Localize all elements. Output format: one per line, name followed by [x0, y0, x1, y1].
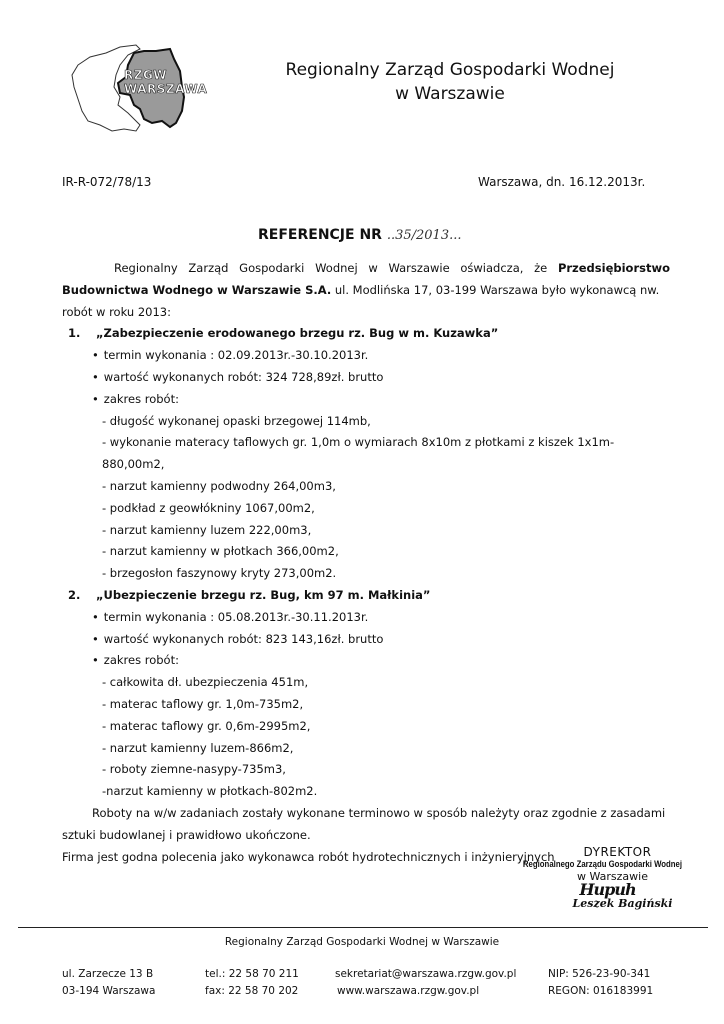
- work-item-1-scope-label: zakres robót:: [62, 389, 670, 411]
- intro-line-3: robót w roku 2013:: [62, 302, 670, 324]
- document-body: Regionalny Zarząd Gospodarki Wodnej w Wa…: [62, 258, 670, 868]
- document-reference-number: IR-R-072/78/13: [62, 175, 151, 189]
- footer-website-link[interactable]: www.warszawa.rzgw.gov.pl: [335, 983, 516, 1000]
- document-title: REFERENCJE NR ..35/2013...: [258, 227, 462, 243]
- footer-registry: NIP: 526-23-90-341 REGON: 016183991: [548, 966, 653, 1000]
- title-label: REFERENCJE NR: [258, 227, 387, 243]
- company-name-part2: Budownictwa Wodnego w Warszawie S.A.: [62, 283, 331, 297]
- work-item-2-scope-label: zakres robót:: [62, 650, 670, 672]
- intro-line-1: Regionalny Zarząd Gospodarki Wodnej w Wa…: [62, 258, 670, 280]
- signature-organization: Regionalnego Zarządu Gospodarki Wodnej: [523, 859, 683, 870]
- company-name-part1: Przedsiębiorstwo: [558, 258, 670, 280]
- handwritten-reference-number: ..35/2013...: [387, 228, 462, 243]
- place-and-date: Warszawa, dn. 16.12.2013r.: [478, 175, 645, 189]
- closing-line-2: sztuki budowlanej i prawidłowo ukończone…: [62, 825, 670, 847]
- scope-line: - materac taflowy gr. 0,6m-2995m2,: [62, 716, 670, 738]
- work-item-1-value: wartość wykonanych robót: 324 728,89zł. …: [62, 367, 670, 389]
- footer-divider: [18, 927, 708, 928]
- closing-line-1: Roboty na w/w zadaniach zostały wykonane…: [62, 803, 670, 825]
- work-item-2-term: termin wykonania : 05.08.2013r.-30.11.20…: [62, 607, 670, 629]
- footer-contact: sekretariat@warszawa.rzgw.gov.pl www.war…: [335, 966, 516, 1000]
- handwritten-signature: Hupuh: [515, 883, 700, 897]
- scope-line: - podkład z geowłókniny 1067,00m2,: [62, 498, 670, 520]
- signature-title: DYREKTOR: [535, 845, 700, 859]
- intro-line-2: Budownictwa Wodnego w Warszawie S.A. ul.…: [62, 280, 670, 302]
- org-name-line2: w Warszawie: [230, 82, 670, 106]
- footer-tel: tel.: 22 58 70 211: [205, 966, 299, 983]
- scope-line: - całkowita dł. ubezpieczenia 451m,: [62, 672, 670, 694]
- org-name-line1: Regionalny Zarząd Gospodarki Wodnej: [230, 58, 670, 82]
- rzgw-logo: RZGW WARSZAWA: [58, 35, 208, 140]
- work-item-2-value: wartość wykonanych robót: 823 143,16zł. …: [62, 629, 670, 651]
- footer-address: ul. Zarzecze 13 B 03-194 Warszawa: [62, 966, 155, 1000]
- signature-block: DYREKTOR Regionalnego Zarządu Gospodarki…: [505, 845, 700, 910]
- scope-line: - brzegosłon faszynowy kryty 273,00m2.: [62, 563, 670, 585]
- scope-line: -narzut kamienny w płotkach-802m2.: [62, 781, 670, 803]
- work-item-2-title: 2. „Ubezpieczenie brzegu rz. Bug, km 97 …: [62, 585, 670, 607]
- footer-fax: fax: 22 58 70 202: [205, 983, 299, 1000]
- scope-line: - materac taflowy gr. 1,0m-735m2,: [62, 694, 670, 716]
- logo-text-rzgw: RZGW: [124, 68, 167, 82]
- scope-line: - długość wykonanej opaski brzegowej 114…: [62, 411, 670, 433]
- logo-text-warszawa: WARSZAWA: [124, 82, 207, 96]
- organization-header: Regionalny Zarząd Gospodarki Wodnej w Wa…: [230, 58, 670, 106]
- footer-organization: Regionalny Zarząd Gospodarki Wodnej w Wa…: [0, 936, 724, 948]
- scope-line: - narzut kamienny luzem 222,00m3,: [62, 520, 670, 542]
- signatory-name: Leszek Bagiński: [545, 897, 700, 910]
- scope-line: - narzut kamienny luzem-866m2,: [62, 738, 670, 760]
- work-item-1-title: 1. „Zabezpieczenie erodowanego brzegu rz…: [62, 323, 670, 345]
- scope-line: - wykonanie materacy taflowych gr. 1,0m …: [62, 432, 670, 476]
- footer-regon: REGON: 016183991: [548, 983, 653, 1000]
- scope-line: - narzut kamienny w płotkach 366,00m2,: [62, 541, 670, 563]
- footer-nip: NIP: 526-23-90-341: [548, 966, 653, 983]
- footer-email-link[interactable]: sekretariat@warszawa.rzgw.gov.pl: [335, 966, 516, 983]
- scope-line: - roboty ziemne-nasypy-735m3,: [62, 759, 670, 781]
- scope-line: - narzut kamienny podwodny 264,00m3,: [62, 476, 670, 498]
- footer-phone: tel.: 22 58 70 211 fax: 22 58 70 202: [205, 966, 299, 1000]
- work-item-1-term: termin wykonania : 02.09.2013r.-30.10.20…: [62, 345, 670, 367]
